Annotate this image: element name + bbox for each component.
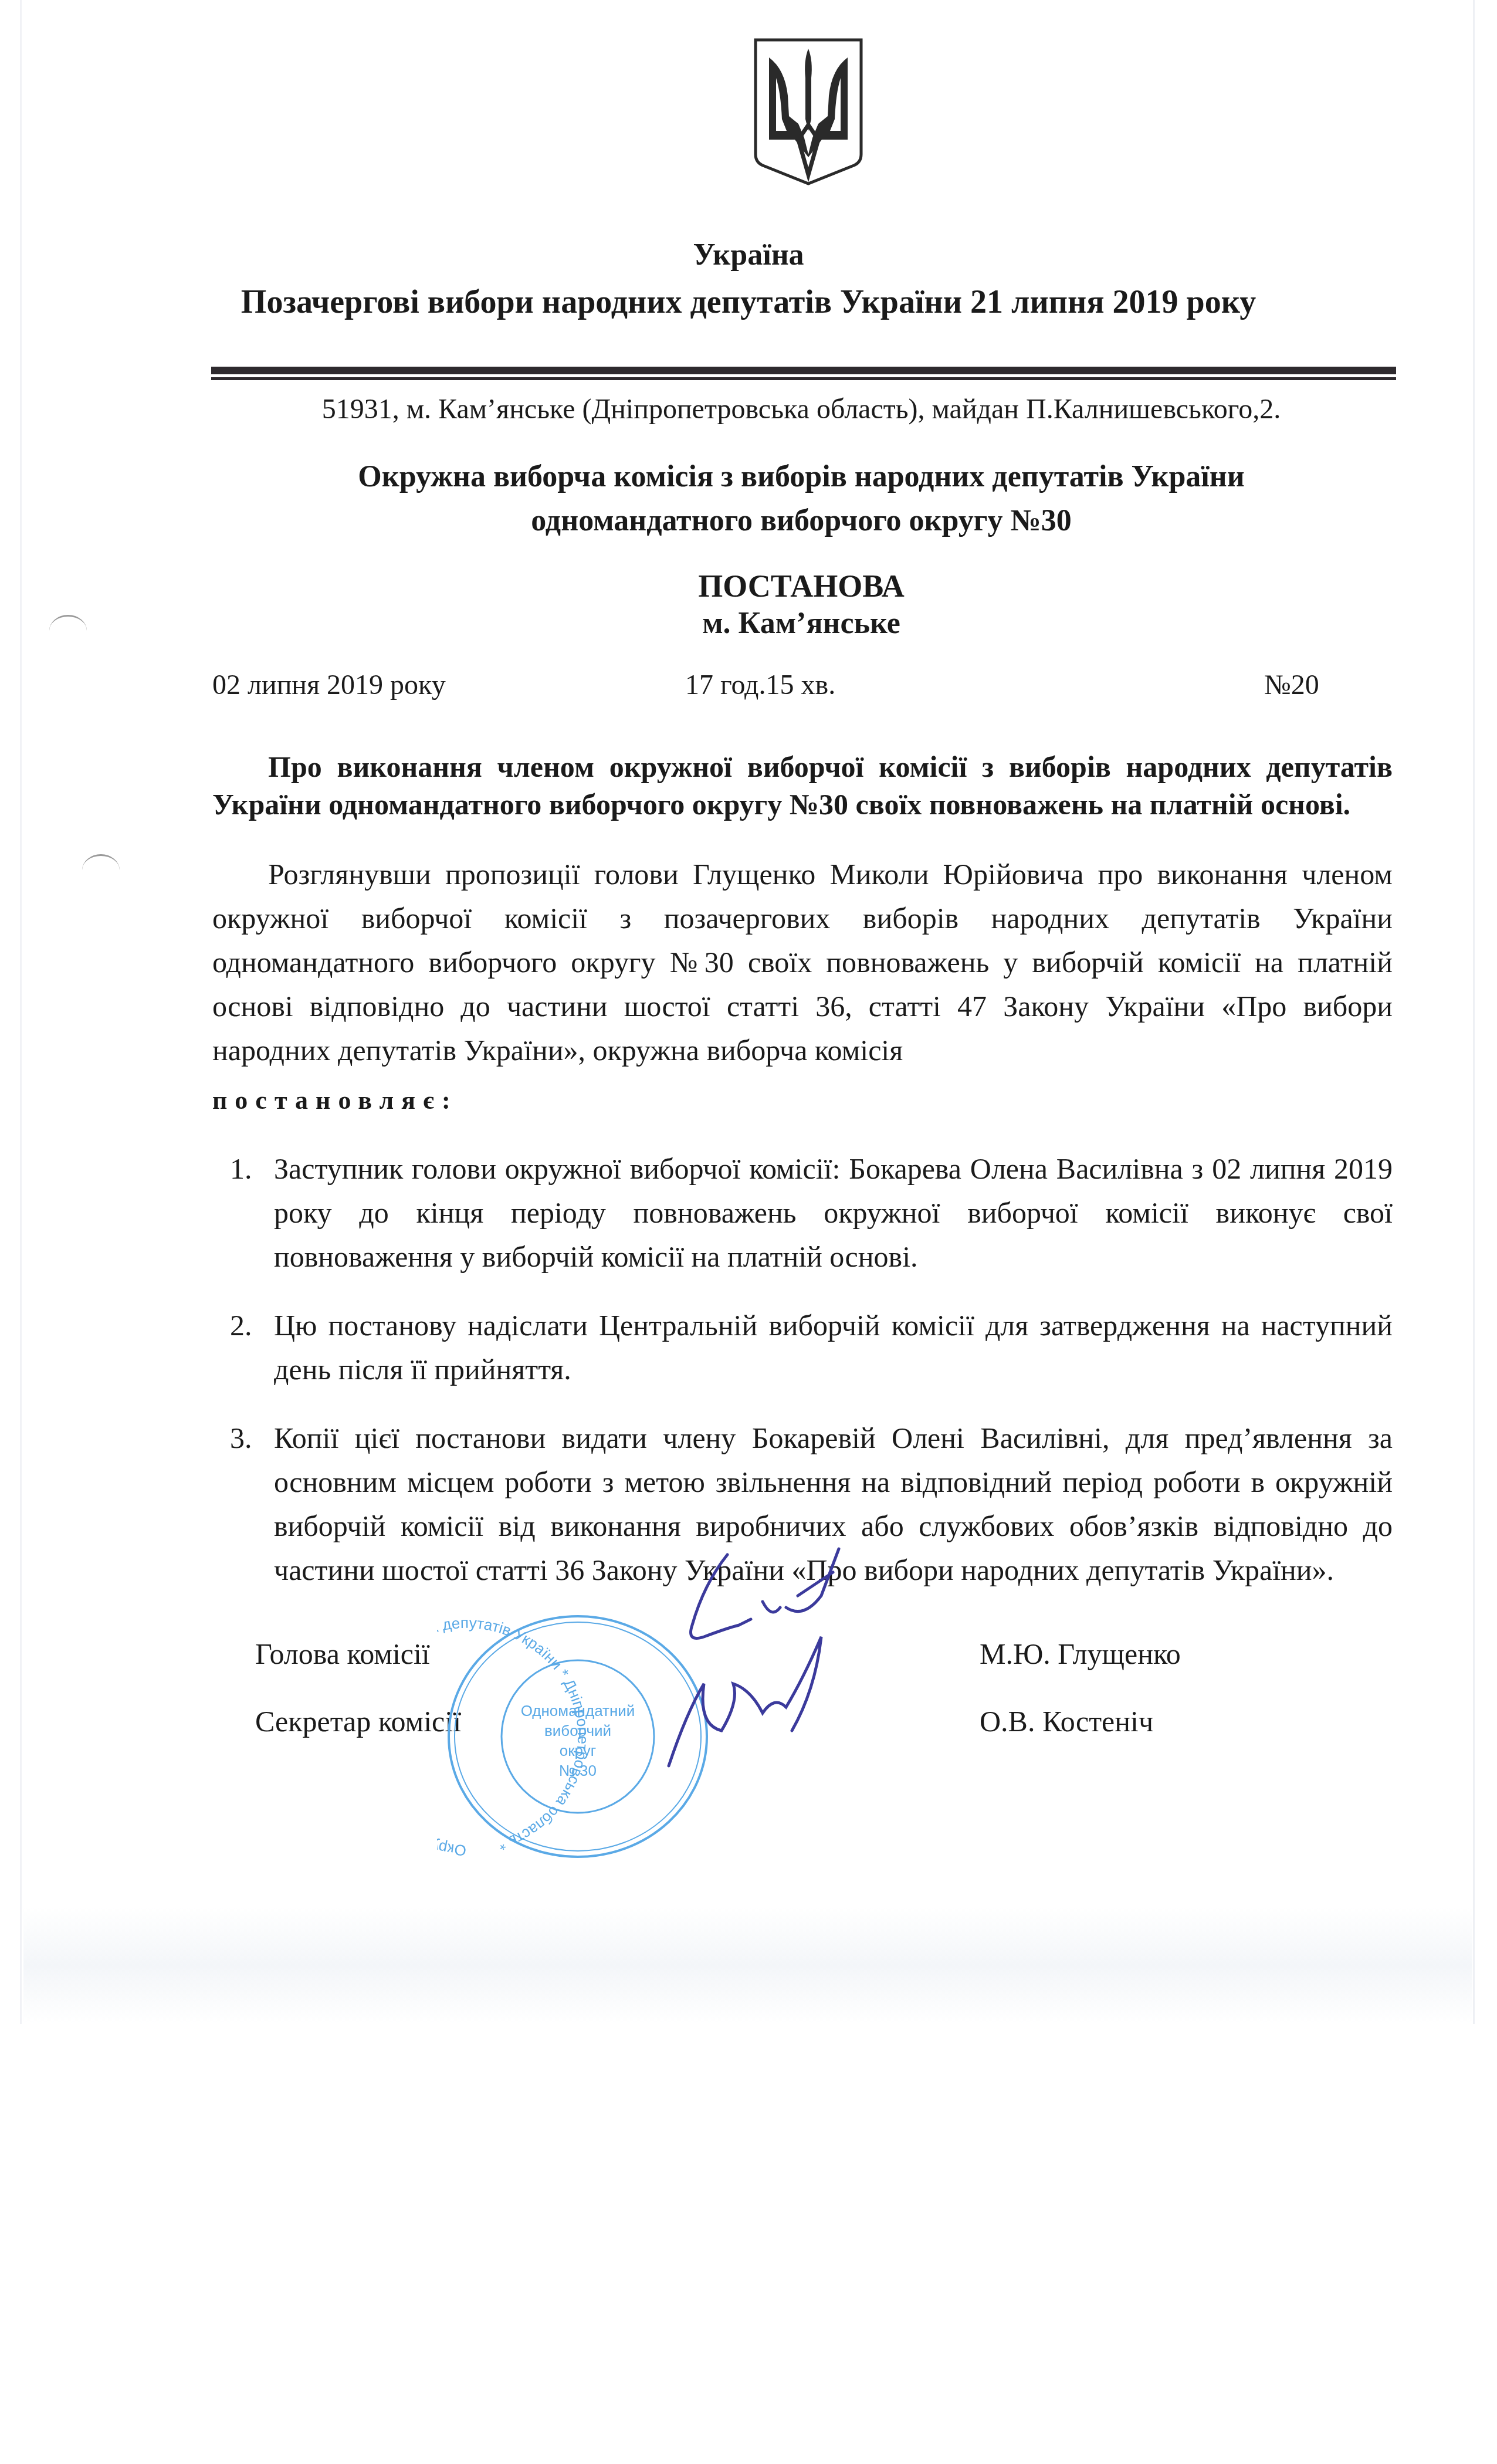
decree-date: 02 липня 2019 року xyxy=(212,669,446,701)
item-number: 3. xyxy=(230,1416,252,1460)
decree-preamble: Розглянувши пропозиції голови Глущенко М… xyxy=(212,852,1393,1072)
stamp-inner-line3: округ xyxy=(560,1742,597,1759)
trident-emblem-icon xyxy=(753,37,864,187)
decree-number: №20 xyxy=(1264,669,1319,701)
stamp-inner-line4: № 30 xyxy=(559,1762,597,1779)
item-text: Заступник голови окружної виборчої коміс… xyxy=(274,1152,1393,1273)
commission-name-line1: Окружна виборча комісія з виборів народн… xyxy=(53,459,1497,494)
resolves-label: постановляє: xyxy=(212,1085,458,1115)
item-number: 1. xyxy=(230,1147,252,1191)
commission-address: 51931, м. Кам’янське (Дніпропетровська о… xyxy=(53,393,1497,425)
punch-hole-mark xyxy=(82,854,120,870)
stamp-inner-line1: Одномандатний xyxy=(521,1702,635,1720)
item-text: Цю постанову надіслати Центральній вибор… xyxy=(274,1309,1393,1386)
document-type-title: ПОСТАНОВА xyxy=(53,568,1497,604)
resolution-item: 1. Заступник голови окружної виборчої ко… xyxy=(212,1147,1393,1279)
country-title: Україна xyxy=(0,238,1497,272)
header-divider-thick xyxy=(211,367,1396,374)
signatory-title-secretary: Секретар комісії xyxy=(255,1704,461,1738)
decree-time: 17 год.15 хв. xyxy=(685,669,835,701)
signatory-title-chair: Голова комісії xyxy=(255,1637,430,1671)
election-title: Позачергові вибори народних депутатів Ук… xyxy=(0,283,1497,321)
signatory-name-chair: М.Ю. Глущенко xyxy=(980,1637,1181,1671)
stamp-inner-line2: виборчий xyxy=(544,1722,611,1739)
item-number: 2. xyxy=(230,1304,252,1348)
handwritten-signature-icon xyxy=(645,1537,856,1783)
scan-shadow xyxy=(23,1907,1472,2024)
signatory-name-secretary: О.В. Костеніч xyxy=(980,1704,1153,1738)
resolution-item: 2. Цю постанову надіслати Центральній ви… xyxy=(212,1304,1393,1392)
decree-subject: Про виконання членом окружної виборчої к… xyxy=(212,748,1393,823)
commission-name-line2: одномандатного виборчого округу №30 xyxy=(53,503,1497,538)
document-city: м. Кам’янське xyxy=(53,606,1497,641)
header-divider-thin xyxy=(211,377,1396,380)
